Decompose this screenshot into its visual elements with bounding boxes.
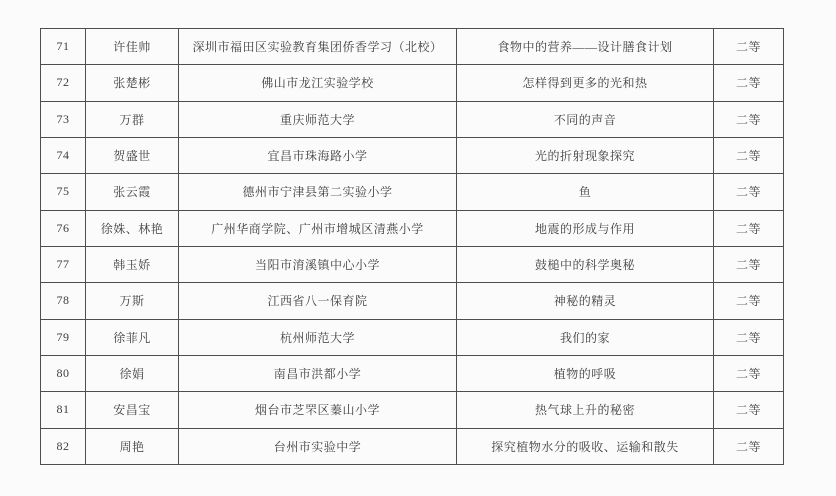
table-row: 77 韩玉娇 当阳市淯溪镇中心小学 鼓槌中的科学奥秘 二等 [41,246,784,282]
cell-award: 二等 [714,65,784,101]
cell-school: 深圳市福田区实验教育集团侨香学习（北校） [179,29,457,65]
cell-number: 77 [41,246,86,282]
cell-number: 71 [41,29,86,65]
cell-number: 76 [41,210,86,246]
cell-award: 二等 [714,210,784,246]
table-row: 75 张云霞 德州市宁津县第二实验小学 鱼 二等 [41,174,784,210]
cell-school: 德州市宁津县第二实验小学 [179,174,457,210]
cell-name: 周艳 [86,428,179,464]
cell-number: 79 [41,319,86,355]
table-row: 82 周艳 台州市实验中学 探究植物水分的吸收、运输和散失 二等 [41,428,784,464]
cell-project: 热气球上升的秘密 [457,392,714,428]
cell-school: 杭州师范大学 [179,319,457,355]
scanned-document-page: 71 许佳帅 深圳市福田区实验教育集团侨香学习（北校） 食物中的营养——设计膳食… [0,0,836,496]
cell-award: 二等 [714,137,784,173]
award-results-table: 71 许佳帅 深圳市福田区实验教育集团侨香学习（北校） 食物中的营养——设计膳食… [40,28,784,465]
cell-number: 73 [41,101,86,137]
cell-award: 二等 [714,319,784,355]
cell-number: 81 [41,392,86,428]
cell-award: 二等 [714,428,784,464]
cell-name: 徐娟 [86,355,179,391]
cell-name: 张云霞 [86,174,179,210]
cell-award: 二等 [714,392,784,428]
cell-school: 广州华商学院、广州市增城区清燕小学 [179,210,457,246]
table-row: 79 徐菲凡 杭州师范大学 我们的家 二等 [41,319,784,355]
cell-number: 74 [41,137,86,173]
table-row: 80 徐娟 南昌市洪都小学 植物的呼吸 二等 [41,355,784,391]
table-row: 73 万群 重庆师范大学 不同的声音 二等 [41,101,784,137]
cell-project: 我们的家 [457,319,714,355]
cell-project: 食物中的营养——设计膳食计划 [457,29,714,65]
cell-award: 二等 [714,355,784,391]
cell-school: 江西省八一保育院 [179,283,457,319]
cell-school: 南昌市洪都小学 [179,355,457,391]
cell-name: 许佳帅 [86,29,179,65]
cell-name: 贺盛世 [86,137,179,173]
cell-project: 探究植物水分的吸收、运输和散失 [457,428,714,464]
cell-school: 当阳市淯溪镇中心小学 [179,246,457,282]
cell-name: 徐菲凡 [86,319,179,355]
cell-number: 75 [41,174,86,210]
cell-award: 二等 [714,174,784,210]
cell-school: 宜昌市珠海路小学 [179,137,457,173]
cell-project: 地震的形成与作用 [457,210,714,246]
cell-project: 植物的呼吸 [457,355,714,391]
cell-award: 二等 [714,283,784,319]
cell-school: 台州市实验中学 [179,428,457,464]
cell-award: 二等 [714,29,784,65]
cell-project: 鼓槌中的科学奥秘 [457,246,714,282]
cell-name: 韩玉娇 [86,246,179,282]
cell-number: 72 [41,65,86,101]
table-row: 74 贺盛世 宜昌市珠海路小学 光的折射现象探究 二等 [41,137,784,173]
cell-name: 安昌宝 [86,392,179,428]
cell-project: 神秘的精灵 [457,283,714,319]
table-row: 78 万斯 江西省八一保育院 神秘的精灵 二等 [41,283,784,319]
cell-award: 二等 [714,246,784,282]
cell-name: 张楚彬 [86,65,179,101]
cell-number: 82 [41,428,86,464]
cell-project: 怎样得到更多的光和热 [457,65,714,101]
cell-award: 二等 [714,101,784,137]
cell-number: 78 [41,283,86,319]
cell-project: 光的折射现象探究 [457,137,714,173]
table-row: 71 许佳帅 深圳市福田区实验教育集团侨香学习（北校） 食物中的营养——设计膳食… [41,29,784,65]
cell-name: 徐姝、林艳 [86,210,179,246]
table-row: 72 张楚彬 佛山市龙江实验学校 怎样得到更多的光和热 二等 [41,65,784,101]
cell-name: 万群 [86,101,179,137]
cell-school: 重庆师范大学 [179,101,457,137]
cell-project: 不同的声音 [457,101,714,137]
table-row: 76 徐姝、林艳 广州华商学院、广州市增城区清燕小学 地震的形成与作用 二等 [41,210,784,246]
table-row: 81 安昌宝 烟台市芝罘区蓁山小学 热气球上升的秘密 二等 [41,392,784,428]
cell-school: 佛山市龙江实验学校 [179,65,457,101]
cell-school: 烟台市芝罘区蓁山小学 [179,392,457,428]
cell-project: 鱼 [457,174,714,210]
cell-name: 万斯 [86,283,179,319]
cell-number: 80 [41,355,86,391]
